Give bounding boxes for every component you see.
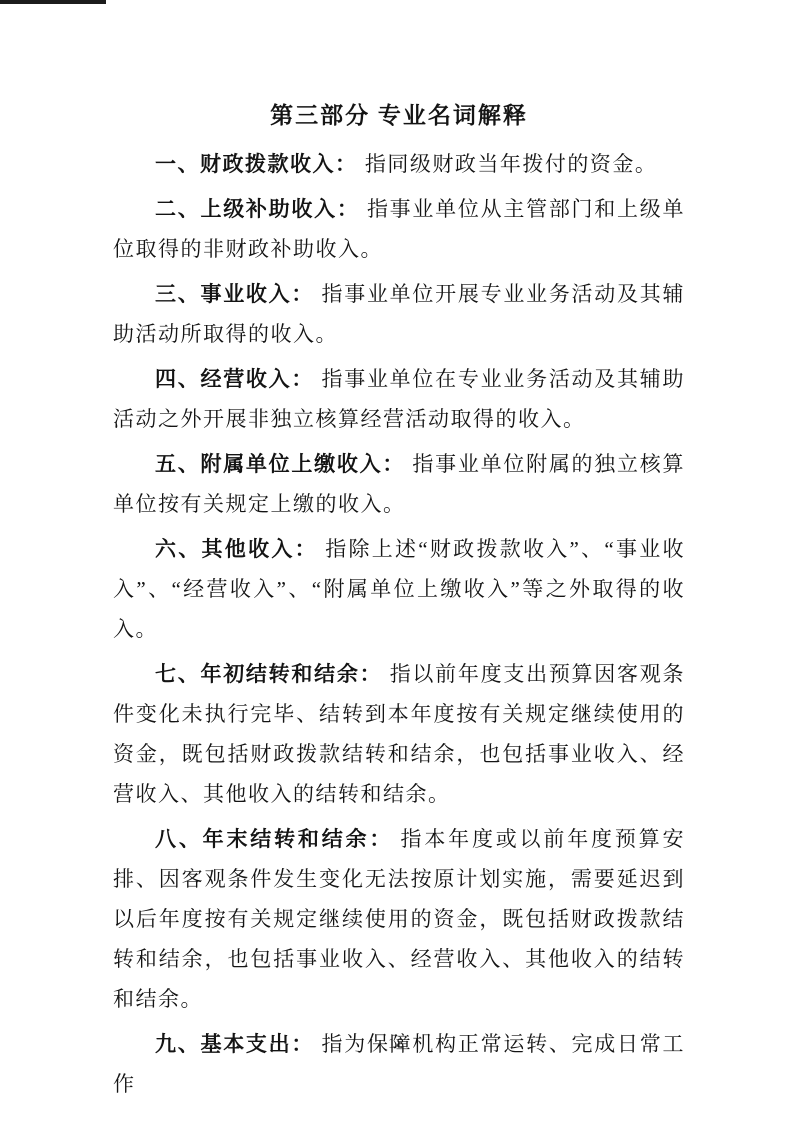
definition-paragraph: 八、年末结转和结余：指本年度或以前年度预算安排、因客观条件发生变化无法按原计划实… <box>113 819 685 1019</box>
term-definition: 指同级财政当年拨付的资金。 <box>365 152 658 176</box>
term-label: 六、其他收入： <box>155 537 318 561</box>
definitions-section: 一、财政拨款收入：指同级财政当年拨付的资金。 二、上级补助收入：指事业单位从主管… <box>113 144 685 1104</box>
term-label: 二、上级补助收入： <box>155 197 360 221</box>
definition-paragraph: 二、上级补助收入：指事业单位从主管部门和上级单位取得的非财政补助收入。 <box>113 189 685 269</box>
term-label: 七、年初结转和结余： <box>155 662 382 686</box>
definition-paragraph: 一、财政拨款收入：指同级财政当年拨付的资金。 <box>113 144 685 184</box>
term-label: 四、经营收入： <box>155 367 314 391</box>
definition-paragraph: 三、事业收入：指事业单位开展专业业务活动及其辅助活动所取得的收入。 <box>113 274 685 354</box>
page-number: 18 <box>0 1036 793 1053</box>
definition-paragraph: 五、附属单位上缴收入：指事业单位附属的独立核算单位按有关规定上缴的收入。 <box>113 444 685 524</box>
term-label: 八、年末结转和结余： <box>155 827 393 851</box>
scan-artifact-line <box>0 0 106 4</box>
term-label: 一、财政拨款收入： <box>155 152 358 176</box>
term-label: 五、附属单位上缴收入： <box>155 452 405 476</box>
definition-paragraph: 六、其他收入：指除上述“财政拨款收入”、“事业收入”、“经营收入”、“附属单位上… <box>113 529 685 649</box>
term-label: 三、事业收入： <box>155 282 314 306</box>
term-definition: 指本年度或以前年度预算安排、因客观条件发生变化无法按原计划实施，需要延迟到以后年… <box>113 827 685 1011</box>
definition-paragraph: 七、年初结转和结余：指以前年度支出预算因客观条件变化未执行完毕、结转到本年度按有… <box>113 654 685 814</box>
definition-paragraph: 四、经营收入：指事业单位在专业业务活动及其辅助活动之外开展非独立核算经营活动取得… <box>113 359 685 439</box>
document-page: 第三部分 专业名词解释 一、财政拨款收入：指同级财政当年拨付的资金。 二、上级补… <box>0 0 793 1122</box>
page-title: 第三部分 专业名词解释 <box>113 99 685 133</box>
